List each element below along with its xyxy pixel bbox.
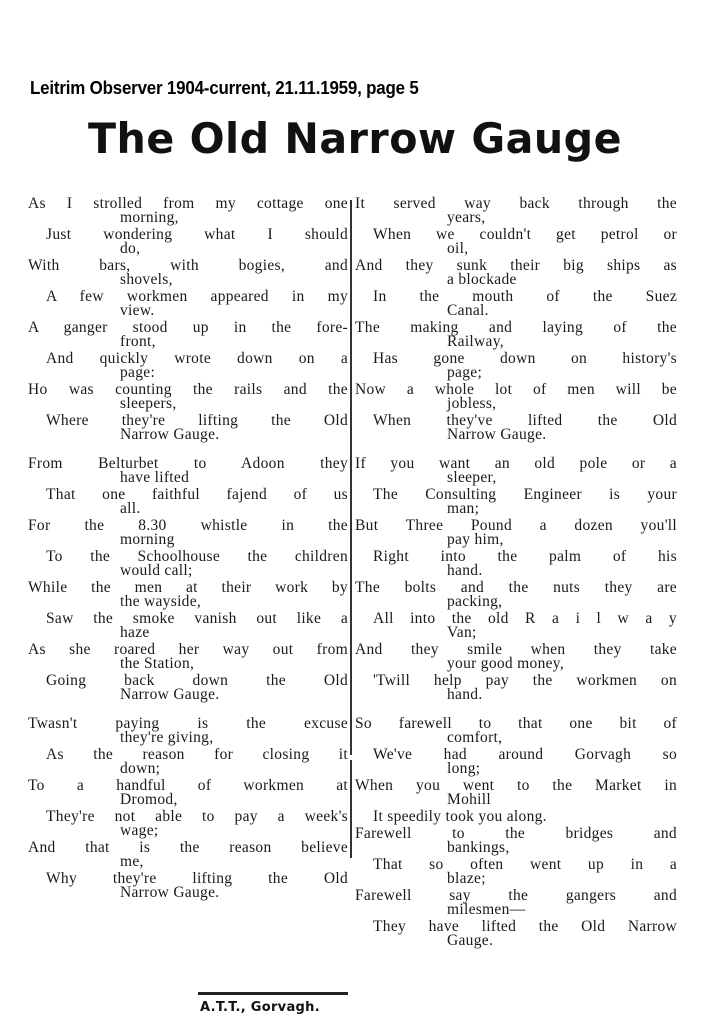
verse-line-text: So farewell to that one bit of [355, 716, 677, 731]
verse-line-turnover: Canal. [373, 303, 677, 318]
verse-line-text: Has gone down on history's [355, 351, 677, 366]
verse-line-turnover: down; [46, 761, 348, 776]
verse-line: And they sunk their big ships asa blocka… [355, 258, 677, 287]
verse-line-text: For the 8.30 whistle in the [28, 518, 348, 533]
verse-line-text: As the reason for closing it [28, 747, 348, 762]
verse-line-turnover: sleepers, [28, 396, 348, 411]
verse-line-turnover: long; [373, 761, 677, 776]
verse-line: As the reason for closing itdown; [28, 747, 348, 776]
verse-line: That one faithful fajend of usall. [28, 487, 348, 516]
verse-line: 'Twill help pay the workmen onhand. [355, 673, 677, 702]
verse-line-turnover: the wayside, [28, 594, 348, 609]
poem-column-left: As I strolled from my cottage onemorning… [28, 196, 348, 914]
verse-line: But Three Pound a dozen you'llpay him, [355, 518, 677, 547]
verse-line-text: The making and laying of the [355, 320, 677, 335]
verse-line-turnover: Railway, [355, 334, 677, 349]
verse-line-text: It served way back through the [355, 196, 677, 211]
verse-line: Ho was counting the rails and thesleeper… [28, 382, 348, 411]
verse-line-text: As I strolled from my cottage one [28, 196, 348, 211]
signature-rule [198, 992, 348, 995]
verse-line-text: Farewell to the bridges and [355, 826, 677, 841]
verse-line-text: If you want an old pole or a [355, 456, 677, 471]
verse-line-turnover: your good money, [355, 656, 677, 671]
verse-line-text: A ganger stood up in the fore- [28, 320, 348, 335]
verse-line-text: Now a whole lot of men will be [355, 382, 677, 397]
verse-line-turnover: hand. [373, 687, 677, 702]
verse-line: And quickly wrote down on apage: [28, 351, 348, 380]
verse-line-text: We've had around Gorvagh so [355, 747, 677, 762]
verse-line-turnover: oil, [373, 241, 677, 256]
verse-line: As I strolled from my cottage onemorning… [28, 196, 348, 225]
verse-line: Farewell to the bridges andbankings, [355, 826, 677, 855]
verse-line: All into the old R a i l w a yVan; [355, 611, 677, 640]
verse-line-turnover: man; [373, 501, 677, 516]
column-divider [350, 200, 352, 755]
verse-line: Twasn't paying is the excusethey're givi… [28, 716, 348, 745]
verse-line-turnover: jobless, [355, 396, 677, 411]
verse-line-turnover: bankings, [355, 840, 677, 855]
verse-line-text: It speedily took you along. [355, 809, 677, 824]
verse-line-text: A few workmen appeared in my [28, 289, 348, 304]
verse-line-turnover: morning [28, 532, 348, 547]
verse-line-turnover: Gauge. [373, 933, 677, 948]
verse-line: Saw the smoke vanish out like ahaze [28, 611, 348, 640]
verse-line-text: And that is the reason believe [28, 840, 348, 855]
verse-line-turnover: years, [355, 210, 677, 225]
verse-line-turnover: Narrow Gauge. [46, 885, 348, 900]
verse-line: The bolts and the nuts they arepacking, [355, 580, 677, 609]
verse-line: For the 8.30 whistle in themorning [28, 518, 348, 547]
verse-line: To the Schoolhouse the childrenwould cal… [28, 549, 348, 578]
verse-line-turnover: comfort, [355, 730, 677, 745]
verse-line-turnover: Dromod, [28, 792, 348, 807]
verse-line-turnover: morning, [28, 210, 348, 225]
verse-line-turnover: packing, [355, 594, 677, 609]
verse-line-turnover: milesmen— [355, 902, 677, 917]
verse-line: And they smile when they takeyour good m… [355, 642, 677, 671]
verse-line-turnover: shovels, [28, 272, 348, 287]
verse-line: And that is the reason believeme, [28, 840, 348, 869]
verse-line: The Consulting Engineer is yourman; [355, 487, 677, 516]
verse-line: Has gone down on history'spage; [355, 351, 677, 380]
verse-line: When they've lifted the OldNarrow Gauge. [355, 413, 677, 442]
verse-line-turnover: page; [373, 365, 677, 380]
verse-line-text: With bars, with bogies, and [28, 258, 348, 273]
verse-line: That so often went up in ablaze; [355, 857, 677, 886]
verse-line-turnover: blaze; [373, 871, 677, 886]
stanza: As I strolled from my cottage onemorning… [28, 196, 348, 442]
verse-line-turnover: all. [46, 501, 348, 516]
verse-line-turnover: Mohill [355, 792, 677, 807]
verse-line-turnover: a blockade [355, 272, 677, 287]
column-divider-lower [350, 760, 352, 858]
verse-line: As she roared her way out fromthe Statio… [28, 642, 348, 671]
verse-line: To a handful of workmen atDromod, [28, 778, 348, 807]
verse-line-text: Ho was counting the rails and the [28, 382, 348, 397]
verse-line: Farewell say the gangers andmilesmen— [355, 888, 677, 917]
verse-line: The making and laying of theRailway, [355, 320, 677, 349]
verse-line: If you want an old pole or asleeper, [355, 456, 677, 485]
verse-line-text: Saw the smoke vanish out like a [28, 611, 348, 626]
verse-line-text: But Three Pound a dozen you'll [355, 518, 677, 533]
verse-line-turnover: Narrow Gauge. [46, 687, 348, 702]
verse-line-turnover: hand. [373, 563, 677, 578]
verse-line-text: They're not able to pay a week's [28, 809, 348, 824]
verse-line: Just wondering what I shoulddo, [28, 227, 348, 256]
verse-line-text: When we couldn't get petrol or [355, 227, 677, 242]
verse-line-turnover: Narrow Gauge. [46, 427, 348, 442]
stanza: So farewell to that one bit ofcomfort,We… [355, 716, 677, 948]
verse-line-text: And quickly wrote down on a [28, 351, 348, 366]
verse-line-turnover: me, [28, 854, 348, 869]
verse-line-text: When you went to the Market in [355, 778, 677, 793]
verse-line-text: To a handful of workmen at [28, 778, 348, 793]
verse-line: Why they're lifting the OldNarrow Gauge. [28, 871, 348, 900]
verse-line: They're not able to pay a week'swage; [28, 809, 348, 838]
verse-line: It served way back through theyears, [355, 196, 677, 225]
verse-line: With bars, with bogies, andshovels, [28, 258, 348, 287]
verse-line-text: All into the old R a i l w a y [355, 611, 677, 626]
verse-line-text: 'Twill help pay the workmen on [355, 673, 677, 688]
poem-column-right: It served way back through theyears,When… [355, 196, 677, 962]
verse-line-turnover: page: [46, 365, 348, 380]
verse-line-turnover: wage; [46, 823, 348, 838]
verse-line: Going back down the OldNarrow Gauge. [28, 673, 348, 702]
verse-line: So farewell to that one bit ofcomfort, [355, 716, 677, 745]
source-caption: Leitrim Observer 1904-current, 21.11.195… [30, 78, 419, 99]
verse-line: A ganger stood up in the fore-front, [28, 320, 348, 349]
verse-line-turnover: pay him, [355, 532, 677, 547]
verse-line: It speedily took you along. [355, 809, 677, 824]
stanza: If you want an old pole or asleeper,The … [355, 456, 677, 702]
verse-line: In the mouth of the SuezCanal. [355, 289, 677, 318]
verse-line-turnover: Narrow Gauge. [373, 427, 677, 442]
verse-line: A few workmen appeared in myview. [28, 289, 348, 318]
verse-line-text: In the mouth of the Suez [355, 289, 677, 304]
stanza: Twasn't paying is the excusethey're givi… [28, 716, 348, 900]
verse-line-text: That one faithful fajend of us [28, 487, 348, 502]
verse-line: We've had around Gorvagh solong; [355, 747, 677, 776]
stanza: From Belturbet to Adoon theyhave liftedT… [28, 456, 348, 702]
verse-line-turnover: sleeper, [355, 470, 677, 485]
verse-line-text: That so often went up in a [355, 857, 677, 872]
verse-line-text: They have lifted the Old Narrow [355, 919, 677, 934]
stanza: It served way back through theyears,When… [355, 196, 677, 442]
verse-line-turnover: haze [46, 625, 348, 640]
verse-line: Where they're lifting the OldNarrow Gaug… [28, 413, 348, 442]
verse-line: From Belturbet to Adoon theyhave lifted [28, 456, 348, 485]
verse-line-text: The Consulting Engineer is your [355, 487, 677, 502]
verse-line: While the men at their work bythe waysid… [28, 580, 348, 609]
verse-line-turnover: front, [28, 334, 348, 349]
verse-line-text: Right into the palm of his [355, 549, 677, 564]
verse-line: Right into the palm of hishand. [355, 549, 677, 578]
verse-line-turnover: would call; [46, 563, 348, 578]
verse-line: When you went to the Market inMohill [355, 778, 677, 807]
verse-line-turnover: do, [46, 241, 348, 256]
poem-headline: The Old Narrow Gauge [76, 114, 635, 163]
verse-line-turnover: have lifted [28, 470, 348, 485]
verse-line-text: The bolts and the nuts they are [355, 580, 677, 595]
verse-line-turnover: view. [46, 303, 348, 318]
verse-line-text: Just wondering what I should [28, 227, 348, 242]
verse-line: Now a whole lot of men will bejobless, [355, 382, 677, 411]
verse-line-turnover: Van; [373, 625, 677, 640]
verse-line-turnover: they're giving, [28, 730, 348, 745]
author-signature: A.T.T., Gorvagh. [200, 1000, 320, 1015]
verse-line-turnover: the Station, [28, 656, 348, 671]
verse-line: They have lifted the Old NarrowGauge. [355, 919, 677, 948]
verse-line: When we couldn't get petrol oroil, [355, 227, 677, 256]
